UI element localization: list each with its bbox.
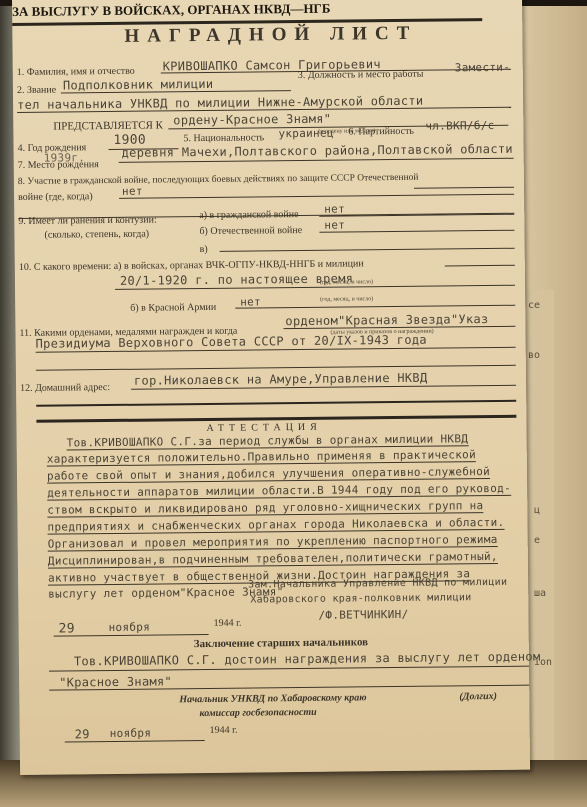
strip-text: во (528, 350, 540, 361)
field-3-label: 3. Должность и место работы (298, 69, 424, 81)
strip-text: ша (534, 588, 546, 599)
field-9b-value: нет (324, 219, 345, 232)
attestation-line: Тов.КРИВОШАПКО С.Г.за период службы в ор… (67, 432, 469, 450)
attestation-date-year: 1944 г. (213, 618, 241, 629)
attestation-date-month: ноября (109, 621, 151, 634)
field-6-label: 6. Партийность (348, 126, 414, 138)
field-12-label: 12. Домашний адрес: (20, 382, 110, 394)
field-9-label-a: 9. Имеет ли ранения и контузии: (18, 214, 157, 226)
field-8-value: нет (122, 185, 143, 198)
conclusion-line-b: "Красное Знамя" (59, 674, 172, 689)
field-7-label: 7. Место рождения (18, 159, 99, 171)
attestation-signer-a: Зам.Начальника Управление НКВД по милици… (248, 577, 507, 591)
conclusion-title: Заключение старших начальников (194, 636, 368, 650)
field-9a-value: нет (324, 203, 345, 216)
field-9b-label: б) Отечественной войне (199, 225, 302, 237)
field-3-value-a: Замести- (455, 61, 511, 75)
field-9c-label: в) (200, 244, 208, 255)
attestation-line: Дисциплинирован,в подчиненным требовател… (48, 550, 498, 569)
field-10-hint: (год, месяц, и число) (320, 279, 373, 286)
attestation-signer-name: /Ф.ВЕТЧИНКИН/ (318, 608, 408, 622)
conclusion-date-year: 1944 г. (210, 725, 238, 736)
attestation-line: работе свой опыт и знания,добился улучше… (47, 465, 490, 484)
field-10b-hint: (год, месяц, и число) (320, 296, 373, 303)
conclusion-signer-name: (Долгих) (459, 691, 497, 702)
field-7-value: деревня Мачехи,Полтавского района,Полтав… (122, 142, 513, 160)
attestation-signer-b: Хабаровского края-полковник милиции (250, 592, 471, 605)
field-8-label-a: 8. Участие в гражданской войне, последую… (18, 173, 419, 187)
field-8-label-b: войне (где, когда) (18, 191, 93, 203)
field-1-label: 1. Фамилия, имя и отчество (17, 66, 135, 78)
presented-value: ордену-Красное Знамя" (173, 112, 331, 128)
field-2-label: 2. Звание (17, 85, 56, 96)
series-header: ЗА ВЫСЛУГУ В ВОЙСКАХ, ОРГАНАХ НКВД—НГБ (12, 1, 330, 20)
field-5-value: украинец (278, 127, 334, 141)
conclusion-date-day: 29 (75, 727, 90, 741)
presented-label: ПРЕДСТАВЛЯЕТСЯ К (53, 119, 163, 132)
field-9a-label: а) в гражданской войне (199, 209, 298, 221)
document-title: НАГРАДНОЙ ЛИСТ (124, 23, 417, 48)
field-10-label: 10. С какого времени: а) в войсках, орга… (19, 258, 364, 273)
attestation-line: деятельности аппаратов милиции области.В… (47, 482, 511, 501)
conclusion-signer-a: Начальник УНКВД по Хабаровскому краю (179, 692, 366, 705)
field-6-value: чл.ВКП/б/с (425, 119, 494, 133)
attestation-line: предприятиях и снабженческих органах гор… (47, 516, 504, 535)
field-10a-value: 20/1-1920 г. по настоящее время (120, 271, 353, 287)
field-10b-label: б) в Красной Армии (130, 302, 216, 314)
field-5-label: 5. Национальность (183, 132, 264, 144)
attestation-line: ством вскрыто и ликвидировано ряд уголов… (47, 499, 483, 518)
award-sheet: ЗА ВЫСЛУГУ В ВОЙСКАХ, ОРГАНАХ НКВД—НГБ Н… (12, 0, 530, 775)
attestation-date-day: 29 (59, 621, 75, 636)
field-9-label-b: (сколько, степень, когда) (44, 229, 149, 241)
attestation-title: АТТЕСТАЦИЯ (206, 422, 321, 434)
strip-text: се (528, 300, 540, 311)
attestation-line: Организовал и провел мероприятия по укре… (48, 533, 498, 552)
strip-text: ц (534, 505, 540, 516)
attestation-line: характеризуется положительно.Правильно п… (47, 448, 476, 466)
strip-text: е (534, 535, 540, 546)
conclusion-date-month: ноября (110, 727, 152, 740)
conclusion-signer-b: комиссар госбезопасности (199, 707, 316, 719)
